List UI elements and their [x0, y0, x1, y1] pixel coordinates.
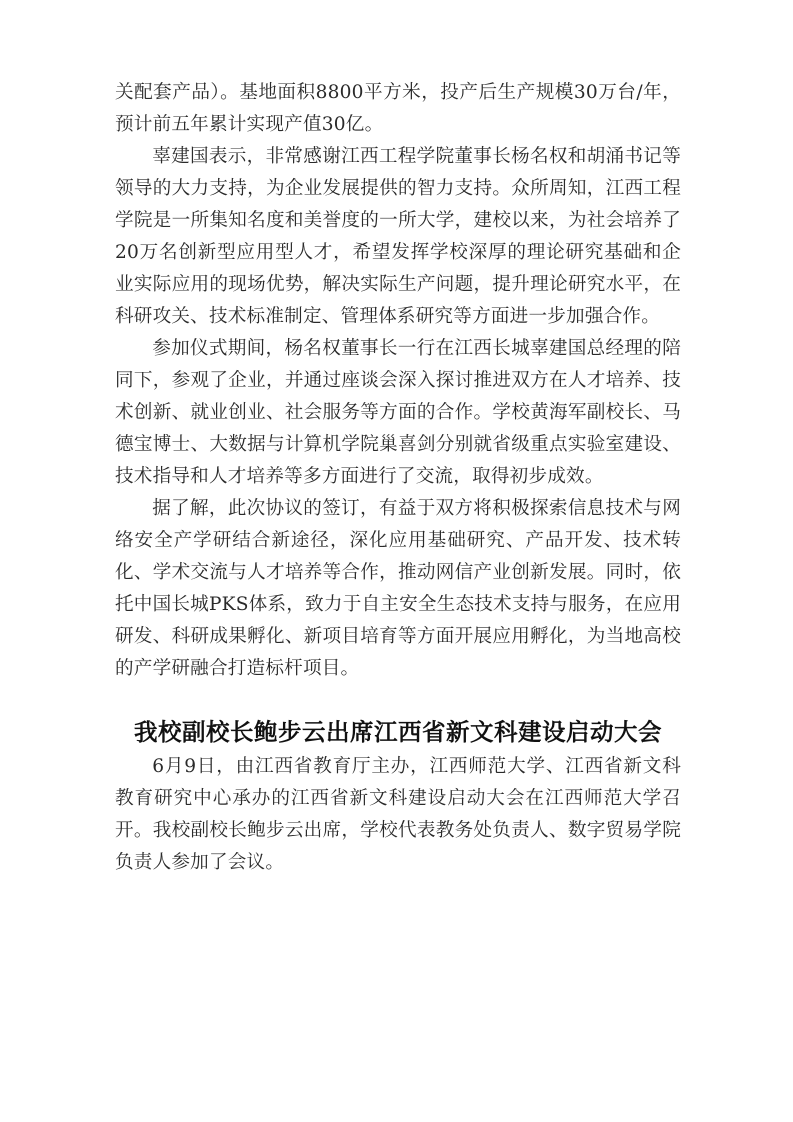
paragraph-agreement-significance: 据了解，此次协议的签订，有益于双方将积极探索信息技术与网络安全产学研结合新途径，…: [115, 493, 681, 685]
article-continuation: 关配套产品）。基地面积8800平方米，投产后生产规模30万台/年，预计前五年累计…: [115, 77, 681, 685]
paragraph-gu-jianguo-remarks: 辜建国表示，非常感谢江西工程学院董事长杨名权和胡涌书记等领导的大力支持，为企业发…: [115, 141, 681, 333]
paragraph-visit-and-discussion: 参加仪式期间，杨名权董事长一行在江西长城辜建国总经理的陪同下，参观了企业，并通过…: [115, 333, 681, 493]
paragraph-conference-summary: 6月9日，由江西省教育厅主办，江西师范大学、江西省新文科教育研究中心承办的江西省…: [115, 751, 681, 879]
document-page: 关配套产品）。基地面积8800平方米，投产后生产规模30万台/年，预计前五年累计…: [115, 77, 681, 879]
paragraph-base-scale: 关配套产品）。基地面积8800平方米，投产后生产规模30万台/年，预计前五年累计…: [115, 77, 681, 141]
article-title: 我校副校长鲍步云出席江西省新文科建设启动大会: [115, 715, 681, 749]
article-new-liberal-arts: 我校副校长鲍步云出席江西省新文科建设启动大会 6月9日，由江西省教育厅主办，江西…: [115, 715, 681, 879]
